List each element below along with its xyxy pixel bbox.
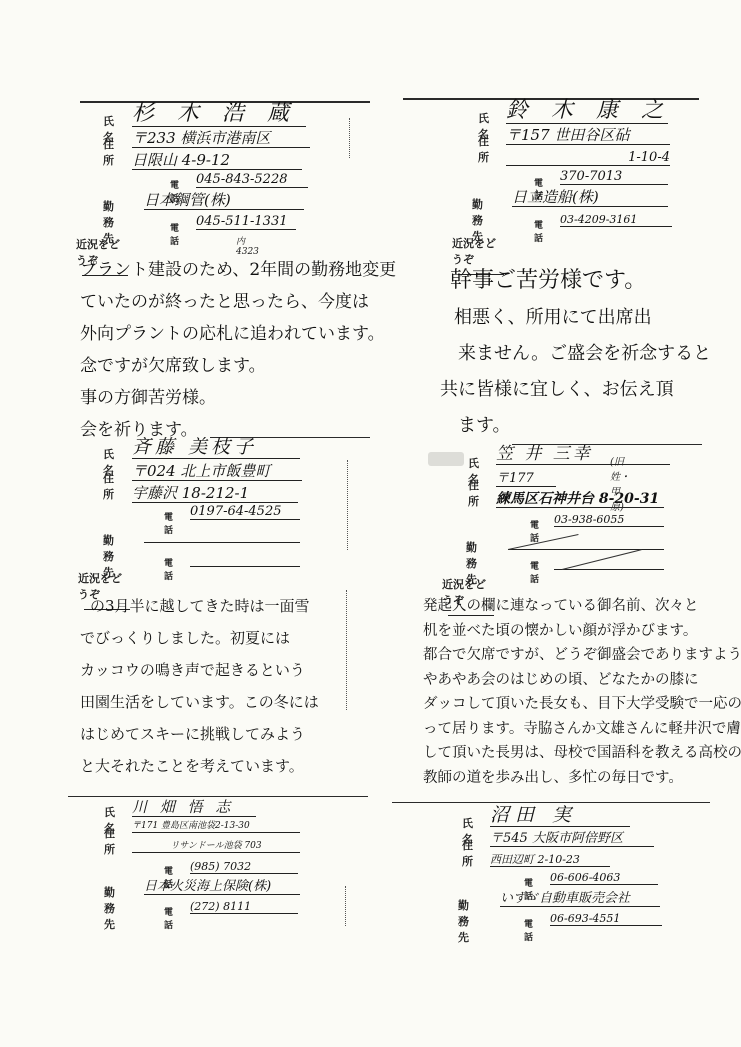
workplace-value: 日立造船(株) <box>512 190 668 207</box>
address-line2: 練馬区石神井台 8-20-31 <box>496 492 664 508</box>
work-phone-label: 電話 <box>530 559 539 585</box>
workplace-value: いすゞ自動車販売会社 <box>500 892 660 907</box>
news-text: の3月半に越してきた時は一面雪 でびっくりしました。初夏には カッコウの鳴き声で… <box>80 590 319 782</box>
address-label: 住所 <box>104 825 115 857</box>
scan-artifact <box>347 460 348 550</box>
news-line: 外向プラントの応札に追われています。 <box>80 318 396 350</box>
news-line: 幹事ご苦労様です。 <box>440 262 711 300</box>
separator-bottom-right <box>392 802 710 803</box>
news-line: 念ですが欠席致します。 <box>80 350 396 382</box>
address-line2: リサンドール池袋 703 <box>132 842 300 853</box>
news-text: プラント建設のため、2年間の勤務地変更 ていたのが終ったと思ったら、今度は 外向… <box>80 254 396 446</box>
news-line: 相悪く、所用にて出席出 <box>440 300 711 336</box>
address-line2: 1-10-4 <box>506 151 670 166</box>
address-line2: 宇藤沢 18-212-1 <box>132 486 298 503</box>
name-value: 沼田 実 <box>490 806 630 827</box>
address-label: 住所 <box>478 133 489 165</box>
news-line: 机を並べた頃の懐かしい顔が浮かびます。 <box>423 619 741 644</box>
address-label: 住所 <box>468 477 479 509</box>
work-phone-value: 06-693-4551 <box>550 913 662 926</box>
work-phone-label: 電話 <box>524 917 533 943</box>
news-line: ていたのが終ったと思ったら、今度は <box>80 286 396 318</box>
news-line: 事の方御苦労様。 <box>80 382 396 414</box>
work-phone-value: 03-4209-3161 <box>560 214 672 227</box>
address-label: 住所 <box>462 837 473 869</box>
workplace-label: 勤務先 <box>458 897 469 945</box>
news-text: 幹事ご苦労様です。 相悪く、所用にて出席出 来ません。ご盛会を祈念すると 共に皆… <box>440 262 711 444</box>
news-line: でびっくりしました。初夏には <box>80 622 319 654</box>
workplace-label: 勤務先 <box>104 884 115 932</box>
address-line1: 〒157 世田谷区砧 <box>506 128 670 145</box>
news-line: プラント建設のため、2年間の勤務地変更 <box>80 254 396 286</box>
news-line: 都合で欠席ですが、どうぞ御盛会でありますよう。 <box>423 643 741 668</box>
news-line: 田園生活をしています。この冬には <box>80 686 319 718</box>
work-phone-label: 電話 <box>170 221 179 247</box>
news-line: 教師の道を歩み出し、多忙の毎日です。 <box>423 766 741 791</box>
address-line2: 西田辺町 2-10-23 <box>490 854 610 867</box>
separator-bottom-left <box>68 796 368 797</box>
scan-artifact <box>345 886 346 926</box>
workplace-value <box>144 527 300 543</box>
phone-value: 03-938-6055 <box>554 514 664 527</box>
workplace-value: 日本鋼管(株) <box>144 193 304 210</box>
work-phone-label: 電話 <box>164 905 173 931</box>
name-value: 杉 木 浩 蔵 <box>132 103 306 127</box>
phone-value: 0197-64-4525 <box>190 505 300 520</box>
name-value: 笠 井 三幸 <box>496 446 670 465</box>
news-line: と大それたことを考えています。 <box>80 750 319 782</box>
scan-artifact <box>349 118 350 158</box>
address-line1: 〒545 大阪市阿倍野区 <box>490 832 654 847</box>
news-line: って居ります。寺脇さんか文雄さんに軽井沢で膚薄 <box>423 717 741 742</box>
news-line: はじめてスキーに挑戦してみよう <box>80 718 319 750</box>
news-line: カッコウの鳴き声で起きるという <box>80 654 319 686</box>
address-line1: 〒024 北上市飯豊町 <box>132 464 302 481</box>
news-line: 発起人の欄に連なっている御名前、次々と <box>423 594 741 619</box>
phone-value: 045-843-5228 <box>196 173 308 188</box>
news-line: ます。 <box>440 408 711 444</box>
news-line: の3月半に越してきた時は一面雪 <box>80 590 319 622</box>
news-text: 発起人の欄に連なっている御名前、次々と 机を並べた頃の懐かしい顔が浮かびます。 … <box>423 594 741 790</box>
name-value: 斉藤 美枝子 <box>132 438 300 459</box>
address-label: 住所 <box>103 470 114 502</box>
workplace-value <box>508 534 664 550</box>
news-line: 共に皆様に宜しく、お伝え頂 <box>440 372 711 408</box>
address-line1: 〒177 <box>496 472 556 487</box>
address-label: 住所 <box>103 136 114 168</box>
workplace-value: 日本火災海上保険(株) <box>144 880 300 895</box>
work-phone-value: 045-511-1331 <box>196 215 296 230</box>
work-phone-label: 電話 <box>164 556 173 582</box>
scan-artifact <box>346 590 347 710</box>
phone-value: 06-606-4063 <box>550 872 658 885</box>
news-line: して頂いた長男は、母校で国語科を教える高校の <box>423 741 741 766</box>
redaction-smudge <box>428 452 464 466</box>
news-line: ダッコして頂いた長女も、目下大学受験で一応の猛勉強 <box>423 692 741 717</box>
name-value: 鈴 木 康 之 <box>506 100 668 124</box>
news-line: やあやあ会のはじめの頃、どなたかの膝に <box>423 668 741 693</box>
work-phone-value: (272) 8111 <box>190 901 298 914</box>
news-line: 来ません。ご盛会を祈念すると <box>440 336 711 372</box>
phone-value: (985) 7032 <box>190 861 298 874</box>
name-value: 川 畑 悟 志 <box>132 800 256 817</box>
address-line1: 〒171 豊島区南池袋2-13-30 <box>132 822 300 833</box>
address-line2: 日限山 4-9-12 <box>132 153 302 170</box>
phone-value: 370-7013 <box>560 170 668 185</box>
address-line1: 〒233 横浜市港南区 <box>132 131 310 148</box>
work-phone-value <box>190 551 300 567</box>
work-phone-label: 電話 <box>534 218 543 244</box>
